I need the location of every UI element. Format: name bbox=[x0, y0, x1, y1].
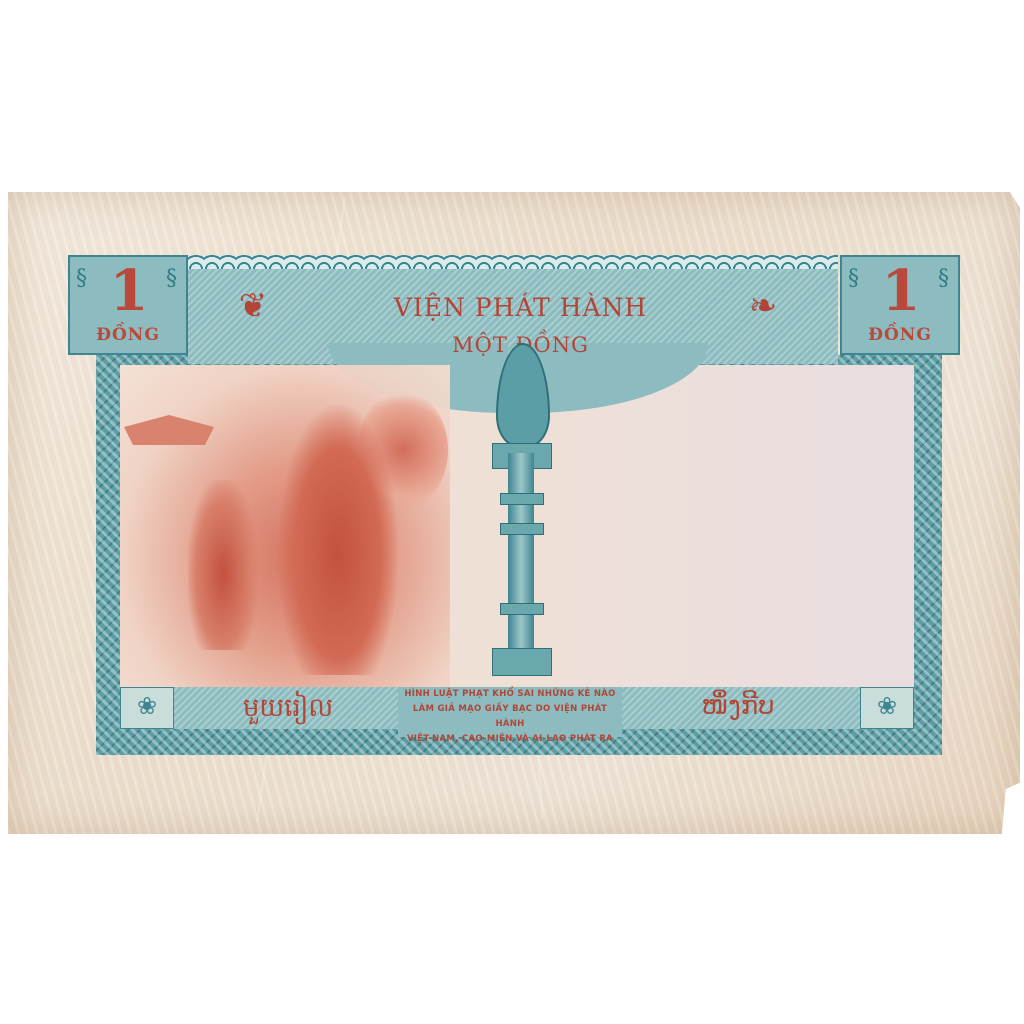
rosette-icon: ❀ bbox=[121, 694, 173, 718]
flame-finial-icon bbox=[496, 343, 550, 447]
pillar-shaft bbox=[508, 453, 534, 653]
ornamental-pillar bbox=[486, 343, 556, 673]
pillar-ring bbox=[500, 493, 544, 505]
lao-value: ໜຶ່ງກີບ bbox=[628, 691, 848, 721]
scalloped-edge bbox=[188, 255, 838, 269]
pillar-ring bbox=[500, 523, 544, 535]
issuer-title: VIỆN PHÁT HÀNH bbox=[68, 293, 973, 322]
pillar-ring bbox=[500, 603, 544, 615]
counterfeit-warning: HÌNH LUẬT PHẠT KHỔ SAI NHỮNG KẺ NÀO LÀM … bbox=[398, 687, 622, 737]
banknote-design: § 1 § ĐỒNG § 1 § ĐỒNG ❦ ❧ VIỆN PHÁT HÀNH… bbox=[68, 255, 973, 760]
rosette-right: ❀ bbox=[860, 687, 914, 729]
warning-line: HÌNH LUẬT PHẠT KHỔ SAI NHỮNG KẺ NÀO bbox=[398, 687, 622, 702]
pillar-base bbox=[492, 648, 552, 676]
khmer-value: មួយរៀល bbox=[188, 691, 388, 729]
lion-statue bbox=[278, 405, 398, 675]
warning-line: VIỆT-NAM, CAO-MIÊN VÀ AI-LAO PHÁT RA bbox=[398, 732, 622, 747]
rosette-left: ❀ bbox=[120, 687, 174, 729]
warning-line: LÀM GIẢ MẠO GIẤY BẠC DO VIỆN PHÁT HÀNH bbox=[398, 702, 622, 732]
rosette-icon: ❀ bbox=[861, 694, 913, 718]
lion-statue-small bbox=[188, 480, 258, 650]
